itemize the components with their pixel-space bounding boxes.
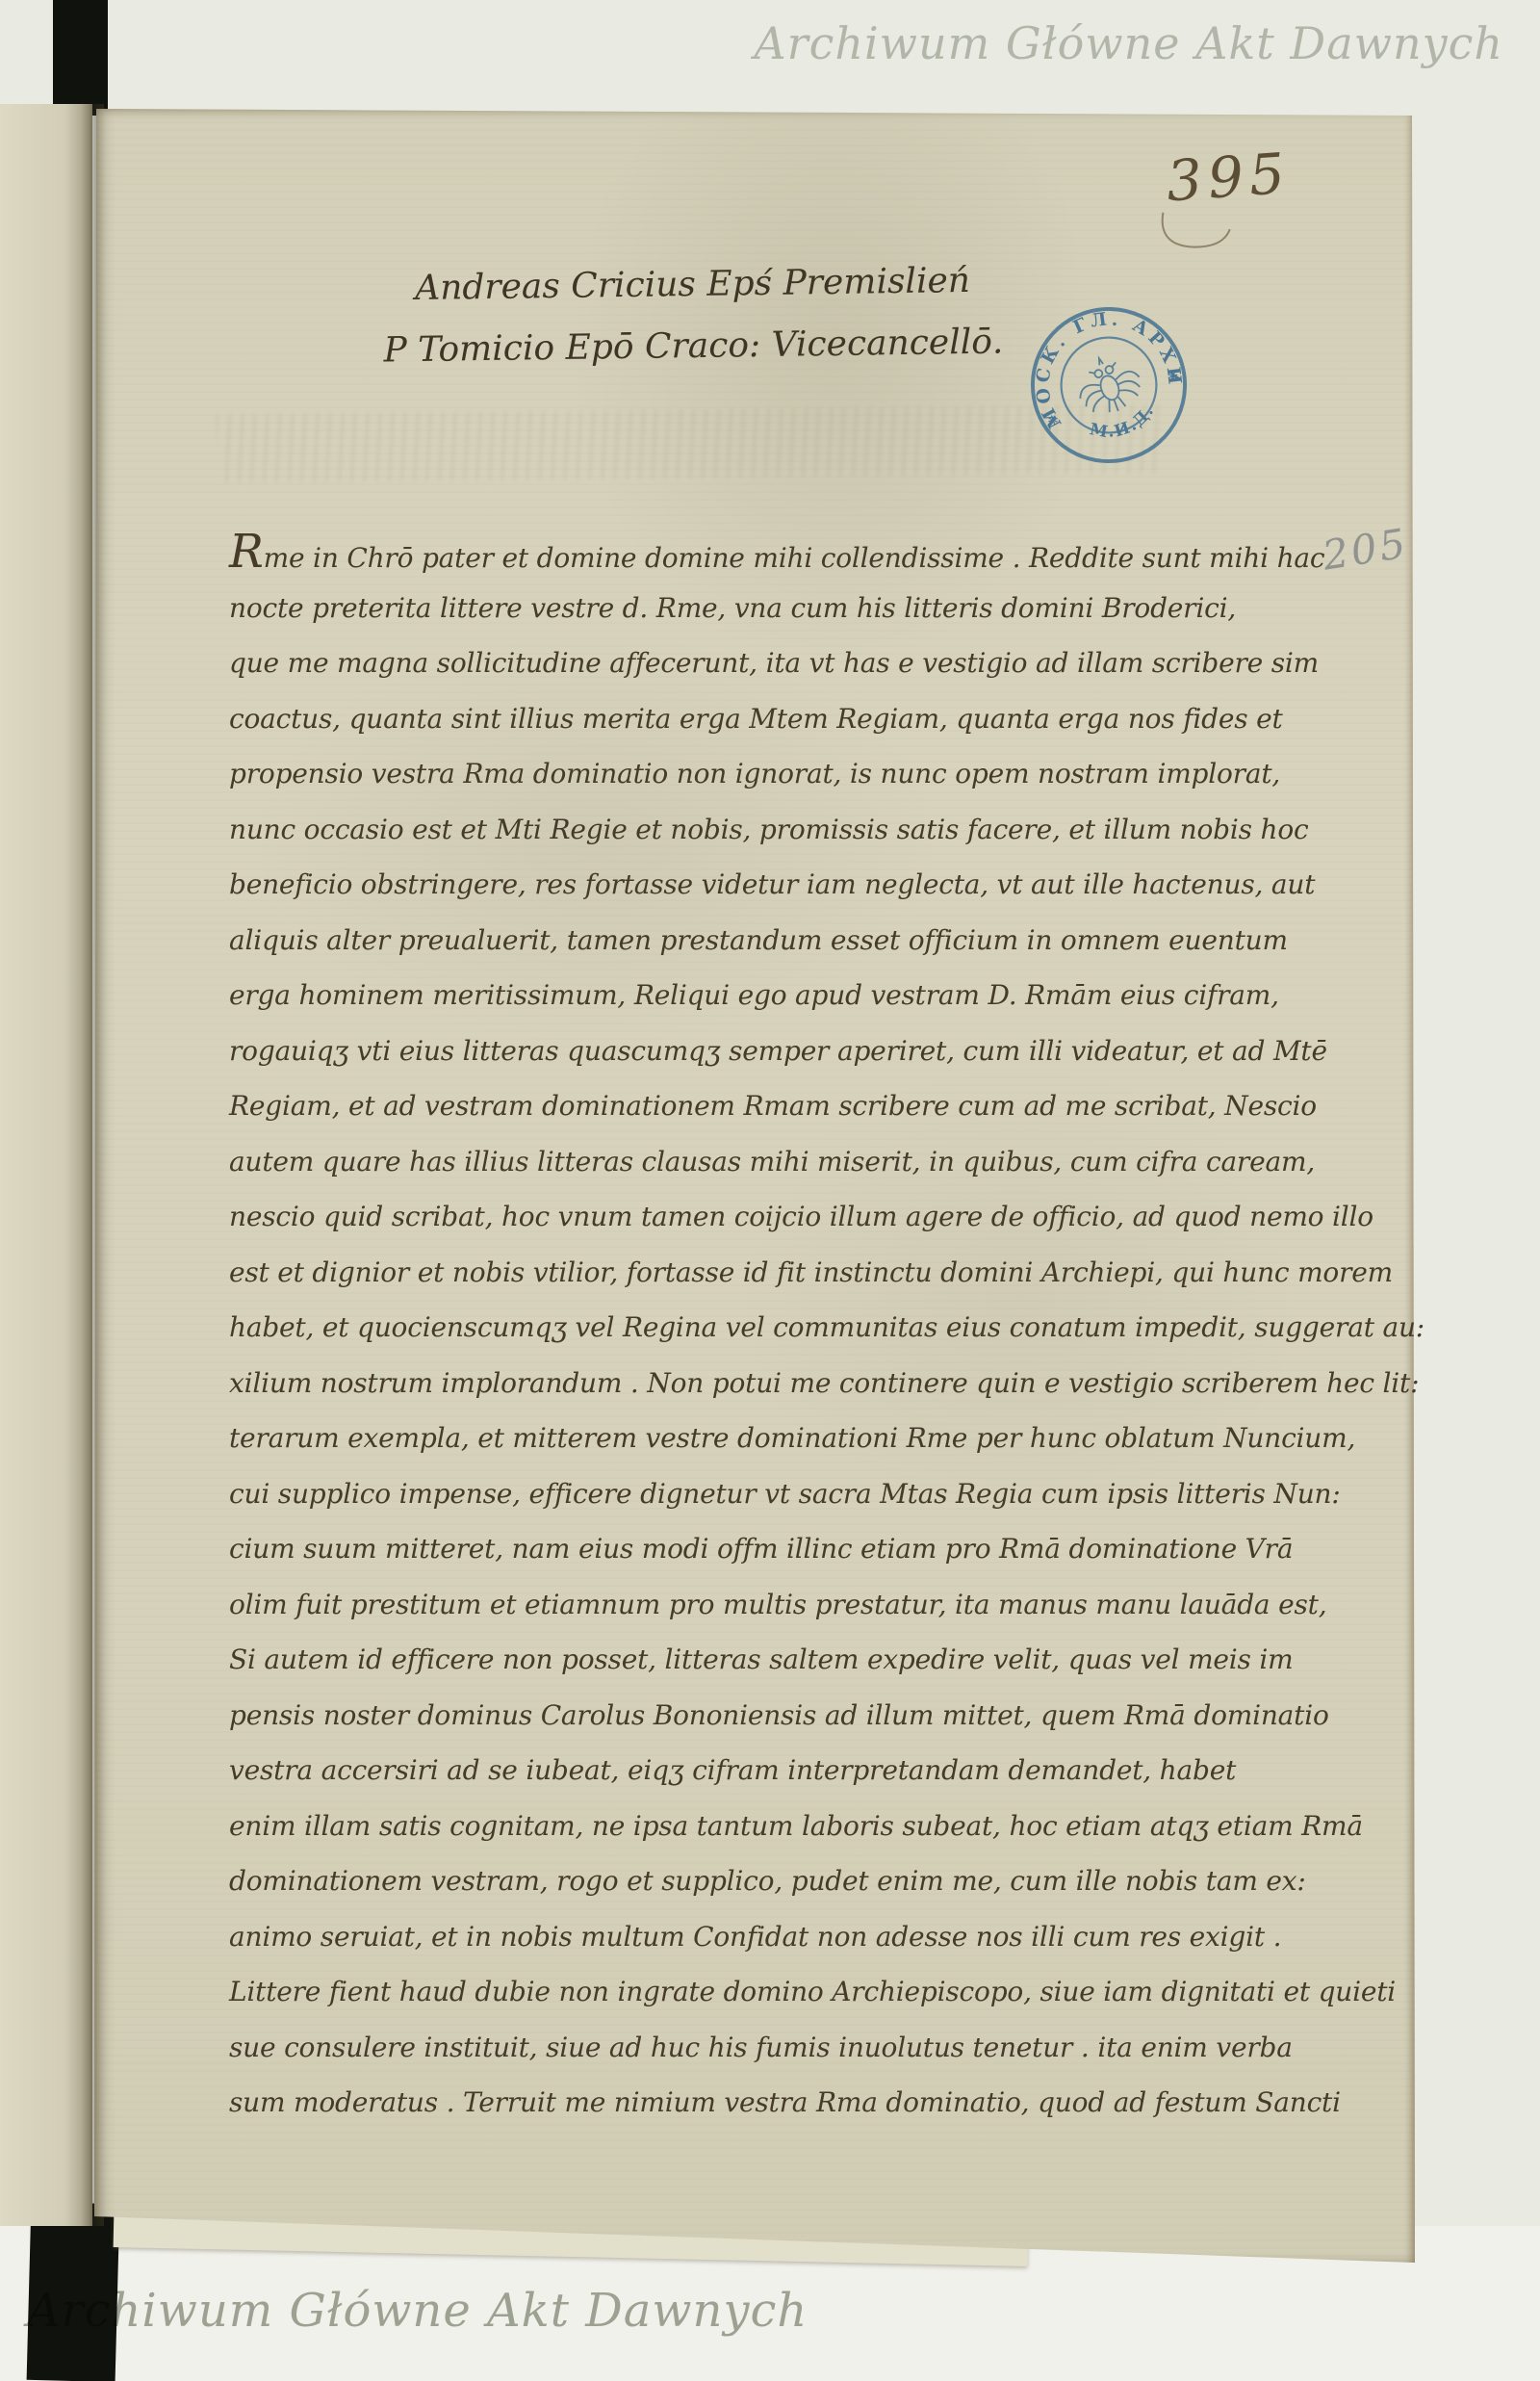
body-line: xilium nostrum implorandum . Non potui m…	[229, 1356, 1423, 1411]
letter-body: Rme in Chrō pater et domine domine mihi …	[229, 525, 1423, 2131]
page-number-flourish	[1153, 195, 1301, 263]
body-line: autem quare has illius litteras clausas …	[229, 1134, 1423, 1190]
body-line: dominationem vestram, rogo et supplico, …	[229, 1853, 1423, 1909]
body-line: sum moderatus . Terruit me nimium vestra…	[229, 2075, 1423, 2131]
body-line: nocte preterita littere vestre d. Rme, v…	[229, 581, 1423, 636]
heading-line-1: Andreas Cricius Epś Premislień	[374, 249, 1011, 320]
letter-heading: Andreas Cricius Epś Premislień P Tomicio…	[374, 249, 1012, 381]
body-line: beneficio obstringere, res fortasse vide…	[229, 857, 1423, 913]
body-line: que me magna sollicitudine affecerunt, i…	[229, 635, 1423, 691]
body-line: Rme in Chrō pater et domine domine mihi …	[229, 525, 1423, 581]
facing-page-edge	[0, 104, 92, 2226]
body-line: animo seruiat, et in nobis multum Confid…	[229, 1909, 1423, 1965]
body-line: terarum exempla, et mitterem vestre domi…	[229, 1410, 1423, 1466]
body-line: cium suum mitteret, nam eius modi offm i…	[229, 1521, 1423, 1577]
body-line: olim fuit prestitum et etiamnum pro mult…	[229, 1577, 1423, 1633]
body-line: habet, et quocienscumqʒ vel Regina vel c…	[229, 1300, 1423, 1356]
page-number-ink: 395	[1165, 141, 1293, 215]
body-line: propensio vestra Rma dominatio non ignor…	[229, 746, 1423, 802]
body-line: sue consulere instituit, siue ad huc his…	[229, 2020, 1423, 2076]
body-line: Regiam, et ad vestram dominationem Rmam …	[229, 1078, 1423, 1134]
manuscript-scan: Archiwum Główne Akt Dawnych 395 Andreas …	[0, 0, 1540, 2381]
body-line: rogauiqʒ vti eius litteras quascumqʒ sem…	[229, 1023, 1423, 1079]
body-line: pensis noster dominus Carolus Bononiensi…	[229, 1688, 1423, 1744]
book-strap-top	[53, 0, 108, 116]
body-line: Littere fient haud dubie non ingrate dom…	[229, 1964, 1423, 2020]
body-line: cui supplico impense, efficere dignetur …	[229, 1466, 1423, 1522]
body-line: coactus, quanta sint illius merita erga …	[229, 691, 1423, 747]
body-line: Si autem id efficere non posset, littera…	[229, 1632, 1423, 1688]
body-line: erga hominem meritissimum, Reliqui ego a…	[229, 968, 1423, 1023]
body-line: nunc occasio est et Mti Regie et nobis, …	[229, 802, 1423, 858]
archive-watermark-top: Archiwum Główne Akt Dawnych	[754, 17, 1503, 69]
body-line: enim illam satis cognitam, ne ipsa tantu…	[229, 1799, 1423, 1854]
body-line: nescio quid scribat, hoc vnum tamen coij…	[229, 1189, 1423, 1245]
body-line: est et dignior et nobis vtilior, fortass…	[229, 1245, 1423, 1301]
heading-line-2: P Tomicio Epō Craco: Vicecancellō.	[375, 311, 1012, 381]
body-line: vestra accersiri ad se iubeat, eiqʒ cifr…	[229, 1743, 1423, 1799]
body-line: aliquis alter preualuerit, tamen prestan…	[229, 913, 1423, 969]
archive-watermark-bottom: Archiwum Główne Akt Dawnych	[27, 2284, 808, 2338]
ink-show-through	[217, 404, 1160, 483]
